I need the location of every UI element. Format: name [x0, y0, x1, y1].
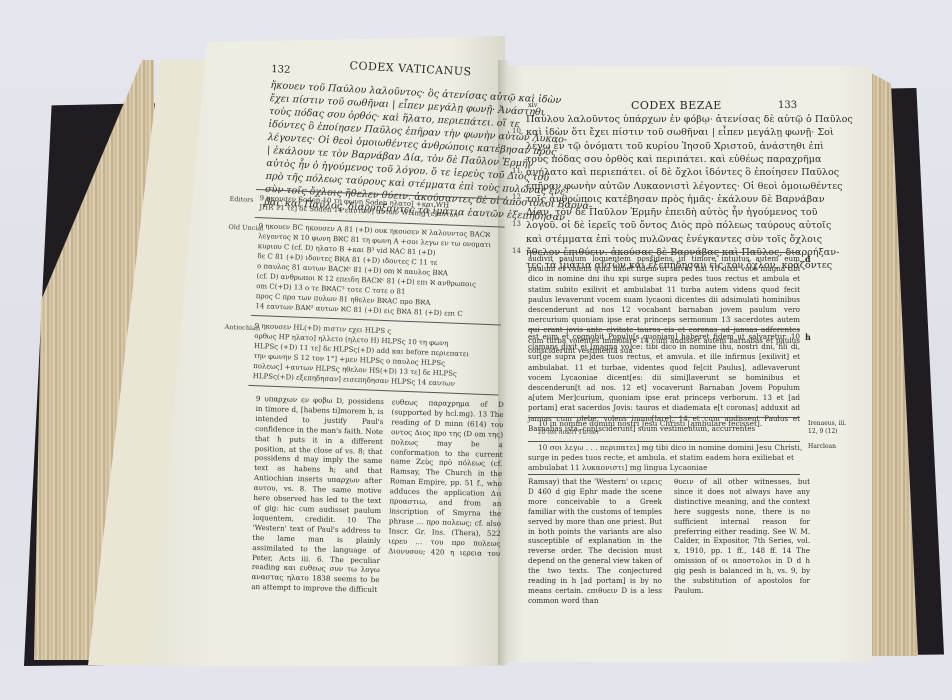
greek-line: λογοῦ. οἱ δὲ ἱερεῖς τοῦ ὄντος Διὸς πρὸ π…	[526, 220, 831, 231]
sigil-h: h	[805, 332, 811, 342]
irenaeus-citation: 10 in nomine domini nostri Jesu Christi …	[538, 420, 762, 427]
verse-number: 11	[512, 167, 521, 175]
margin-label-harclean: Harclean	[808, 444, 836, 450]
greek-line: τοῖς ἀνθρώποις κατέβησαν πρὸς ἡμᾶς· ἐκάλ…	[526, 194, 825, 205]
divider	[528, 441, 800, 442]
running-head-right: CODEX BEZAE	[631, 100, 722, 111]
greek-line: ἐπῆραν φωνὴν αὐτῶν Λυκαονιστὶ λέγοντες· …	[526, 181, 843, 192]
commentary-column-1: Ramsay) that the 'Western' οι ιερεις D 4…	[528, 477, 662, 606]
signature-mark: xiv	[528, 102, 537, 109]
commentary-column-2: ευθεως παραχρημα of D (supported by hcl.…	[388, 397, 504, 560]
verse-number: 12	[512, 193, 521, 201]
page-number-left: 132	[271, 65, 291, 76]
greek-line: ἀνήλατο καὶ περιεπάτει. οἱ δὲ ὄχλοι ἰδόν…	[526, 167, 839, 178]
greek-line: τοὺς πόδας σου ὀρθὸς καὶ περιπάτει. καὶ …	[526, 154, 821, 165]
harclean-line: 10 σοι λεγω . . . περιπατει] mg tibi dic…	[538, 444, 802, 451]
commentary-column-2: θυειν of all other witnesses, but since …	[674, 477, 810, 596]
greek-line: Δίαν, τὸν δὲ Παῦλον Ἑρμῆν ἐπειδὴ αὐτὸς ἦ…	[526, 207, 817, 218]
book-photo: 132 CODEX VATICANUS ἤκουεν τοῦ Παύλου λα…	[0, 0, 952, 700]
apparatus-label-editors: Editors	[229, 196, 253, 203]
greek-line: Παύλου λαλοῦντος ὑπάρχων ἐν φόβῳ· ἀτενίσ…	[526, 114, 853, 125]
page-number-right: 133	[778, 101, 797, 111]
divider	[528, 252, 800, 253]
commentary-column-1: 9 υπαρχων εν φοβω D, possidens in timore…	[251, 394, 384, 595]
greek-line: καὶ στέμματα ἐπὶ τοὺς πυλῶνας ἐνέγκαντες…	[526, 234, 822, 245]
harclean-line: ambulabat 11 λυκαονιστι] mg lingua Lycao…	[528, 464, 707, 471]
divider	[528, 417, 800, 418]
greek-line: λέγω ἐν τῷ ὀνόματι τοῦ κυρίου Ἰησοῦ Χρισ…	[526, 141, 824, 152]
verse-number: 13	[512, 220, 521, 228]
irenaeus-note: 10 om nostri Turner	[538, 430, 599, 436]
sigil-d: d	[805, 254, 811, 264]
divider	[528, 474, 800, 475]
verse-number: 14	[512, 247, 521, 255]
greek-line: καὶ ἰδὼν ὅτι ἔχει πίστιν τοῦ σωθῆναι | ε…	[526, 127, 834, 138]
verse-number: 10	[512, 127, 521, 135]
margin-label-irenaeus: Irenaeus, iii. 12, 9 (12)	[808, 420, 848, 436]
divider	[528, 329, 800, 330]
harclean-line: surge in pedes tuos recte, et ambula. et…	[528, 454, 794, 461]
